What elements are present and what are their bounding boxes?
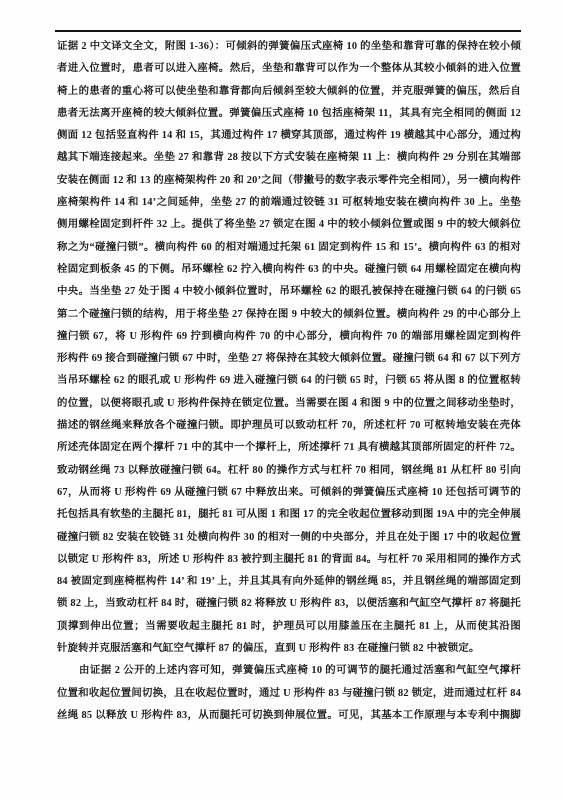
text-line: 安装在侧面 12 和 13 的座椅架构件 20 和 20’之间（带撇号的数字表示… — [57, 170, 521, 192]
text-line: 所述壳体固定在两个撑杆 71 中的其中一个撑杆上，所述撑杆 71 具有横越其顶部… — [57, 437, 521, 459]
text-line: 位置和收起位置间切换，且在收起位置时，通过 U 形构件 83 与碰撞闩锁 82 … — [57, 683, 521, 705]
text-line: 致动钢丝绳 73 以释放碰撞闩锁 64。杠杆 80 的操作方式与杠杆 70 相同… — [57, 460, 521, 482]
text-line: 锁 82 上，当致动杠杆 84 时，碰撞闩锁 82 将释放 U 形构件 83，以… — [57, 593, 521, 615]
text-line: 者进入位置时，患者可以进入座椅。然后，坐垫和靠背可以作为一个整体从其较小倾斜的进… — [57, 58, 521, 80]
text-line: 第二个碰撞闩锁的结构，用于将坐垫 27 保持在图 9 中较大的倾斜位置。横向构件… — [57, 304, 521, 326]
text-line: 当吊环螺栓 62 的眼孔或 U 形构件 69 进入碰撞闩锁 64 的闩锁 65 … — [57, 370, 521, 392]
text-line: 越其下端连接起来。坐垫 27 和靠背 28 按以下方式安装在座椅架 11 上：横… — [57, 147, 521, 169]
text-line: 丝绳 85 以释放 U 形构件 83，从而腿托可切换到伸展位置。可见，其基本工作… — [57, 705, 521, 727]
text-line: 患者无法离开座椅的较大倾斜位置。弹簧偏压式座椅 10 包括座椅架 11，其具有完… — [57, 103, 521, 125]
text-line: 84 被固定到座椅框构件 14’ 和 19’ 上，并且其具有向外延伸的钢丝绳 8… — [57, 571, 521, 593]
text-line: 侧面 12 包括竖直构件 14 和 15，其通过构件 17 横穿其顶部，通过构件… — [57, 125, 521, 147]
text-line: 碰撞闩锁 82 安装在铰链 31 处横向构件 30 的相对一侧的中央部分，并且在… — [57, 527, 521, 549]
text-block: 证据 2 中文译文全文，附图 1-36）：可倾斜的弹簧偏压式座椅 10 的坐垫和… — [57, 36, 521, 727]
text-line: 顶撑到伸出位置；当需要收起主腿托 81 时，护理员可以用膝盖压在主腿托 81 上… — [57, 616, 521, 638]
text-line: 67，从而将 U 形构件 69 从碰撞闩锁 67 中释放出来。可倾斜的弹簧偏压式… — [57, 482, 521, 504]
text-line: 形构件 69 接合到碰撞闩锁 67 中时，坐垫 27 将保持在其较大倾斜位置。碰… — [57, 348, 521, 370]
document-page: 证据 2 中文译文全文，附图 1-36）：可倾斜的弹簧偏压式座椅 10 的坐垫和… — [0, 0, 565, 800]
text-line: 的位置，以便将眼孔或 U 形构件保持在锁定位置。当需要在图 4 和图 9 中的位… — [57, 393, 521, 415]
text-line: 栓固定到板条 45 的下侧。吊环螺栓 62 拧入横向构件 63 的中央。碰撞闩锁… — [57, 259, 521, 281]
text-line: 侧用螺栓固定到杆件 32 上。提供了将坐垫 27 锁定在图 4 中的较小倾斜位置… — [57, 214, 521, 236]
text-line: 证据 2 中文译文全文，附图 1-36）：可倾斜的弹簧偏压式座椅 10 的坐垫和… — [57, 36, 521, 58]
text-line: 以锁定 U 形构件 83，所述 U 形构件 83 被拧到主腿托 81 的背面 8… — [57, 549, 521, 571]
text-line: 针旋转并克服活塞和气缸空气撑杆 87 的偏压，直到 U 形构件 83 在碰撞闩锁… — [57, 638, 521, 660]
text-line: 中央。当坐垫 27 处于图 4 中较小倾斜位置时，吊环螺栓 62 的眼孔被保持在… — [57, 281, 521, 303]
text-line: 座椅架构件 14 和 14’之间延伸，坐垫 27 的前端通过铰链 31 可枢转地… — [57, 192, 521, 214]
text-line: 撞闩锁 67，将 U 形构件 69 拧到横向构件 70 的中心部分，横向构件 7… — [57, 326, 521, 348]
text-line: 由证据 2 公开的上述内容可知，弹簧偏压式座椅 10 的可调节的腿托通过活塞和气… — [57, 660, 521, 682]
text-line: 称之为“碰撞闩锁”。横向构件 60 的相对端通过托架 61 固定到构件 15 和… — [57, 237, 521, 259]
top-rule-divider — [55, 30, 521, 32]
text-line: 描述的钢丝绳来释放各个碰撞闩锁。即护理员可以致动杠杆 70，所述杠杆 70 可枢… — [57, 415, 521, 437]
text-line: 椅上的患者的重心将可以使坐垫和靠背都向后倾斜至较大倾斜的位置，并克服弹簧的偏压，… — [57, 81, 521, 103]
text-line: 托包括具有软垫的主腿托 81，腿托 81 可从图 1 和图 17 的完全收起位置… — [57, 504, 521, 526]
